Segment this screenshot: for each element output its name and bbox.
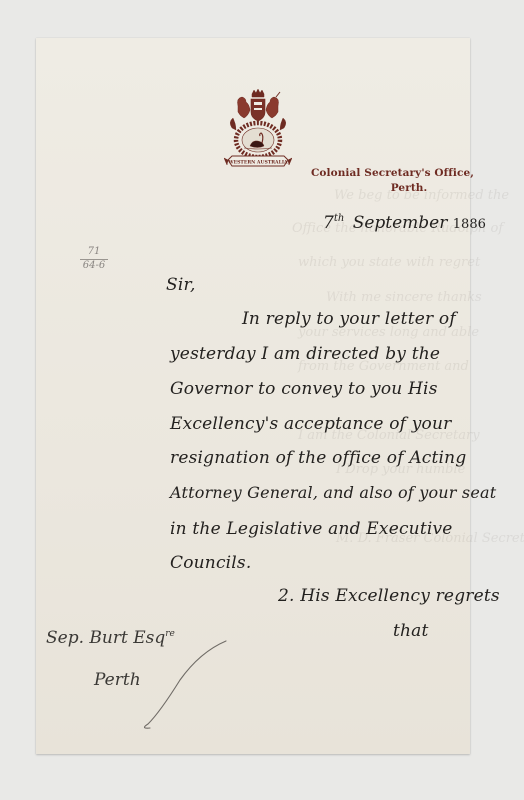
salutation: Sir, — [166, 275, 196, 295]
body-line: Attorney General, and also of your seat — [170, 483, 496, 502]
crest-banner-text: WESTERN AUSTRALIA — [227, 160, 288, 166]
bleed-through-text: With me sincere thanks — [326, 290, 482, 305]
western-australia-coat-of-arms-icon: WESTERN AUSTRALIA — [224, 88, 292, 176]
reference-number: 71 64-6 — [80, 246, 108, 272]
body-line: resignation of the office of Acting — [170, 448, 466, 468]
body-line: Councils. — [170, 553, 251, 573]
body-line: in the Legislative and Executive — [170, 519, 453, 539]
date-year: 1886 — [453, 217, 486, 232]
date-day: 7 — [323, 213, 334, 233]
body-line: Governor to convey to you His — [170, 379, 438, 399]
date-day-suffix: th — [334, 213, 344, 224]
body-line: Excellency's acceptance of your — [170, 414, 451, 434]
letterhead-city: Perth. — [304, 181, 474, 196]
body-line: yesterday I am directed by the — [170, 344, 440, 364]
date-month: September — [353, 213, 448, 233]
addressee-location: Perth — [94, 670, 141, 690]
reference-number-bottom: 64-6 — [80, 260, 108, 272]
body-line: In reply to your letter of — [242, 309, 456, 329]
catchword: that — [393, 621, 429, 641]
letterhead-office: Colonial Secretary's Office, — [304, 166, 474, 181]
letter-page: We beg to be informed the Office the hon… — [36, 38, 470, 754]
bleed-through-text: which you state with regret — [298, 255, 480, 270]
body-line: 2. His Excellency regrets — [278, 586, 500, 606]
letterhead: Colonial Secretary's Office, Perth. — [304, 166, 474, 196]
addressee-name: Sep. Burt Esqre — [46, 628, 175, 648]
letter-date: 7th September 1886 — [323, 213, 486, 233]
reference-number-top: 71 — [80, 246, 108, 260]
